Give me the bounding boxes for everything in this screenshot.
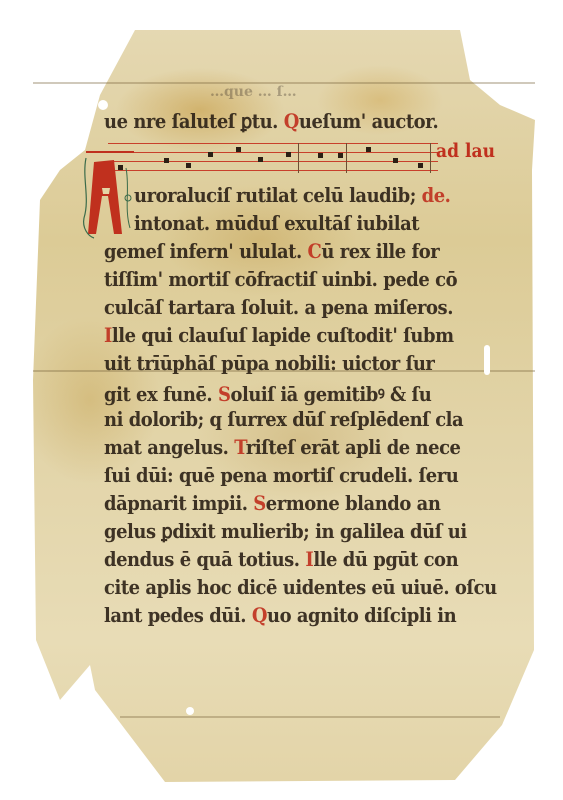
text-line: uroraluciſ rutilat celū laudib; de. [134,184,450,212]
staff-rubric: ad lau [436,140,495,162]
wormhole [186,707,194,715]
text-line: git ex funē. Soluiſ iā gemitibꝰ & ſu [104,380,431,408]
text-line: ue nre ſaluteſ ꝑtu. Queſum' auctor. [104,110,438,138]
text-line: lant pedes dūi. Quo agnito diſcipli in [104,604,456,632]
text-line: dāpnarit impii. Sermone blando an [104,492,440,520]
text-line: uit trīūphāſ pūpa nobili: uictor ſur [104,352,434,380]
wormhole [98,100,108,110]
text-line: tiſſim' mortiſ cōfractiſ uinbi. pede cō [104,268,457,296]
text-line: cite aplis hoc dicē uidentes eū uiuē. oſ… [104,576,497,604]
text-line: gemeſ infern' ululat. Cū rex ille for [104,240,439,268]
text-line: dendus ē quā totius. Ille dū pgūt con [104,548,458,576]
music-staff [108,143,438,183]
text-line: gelus ꝑdixit mulierib; in galilea dūſ ui [104,520,467,548]
faded-top-text: …que … ſ… [210,84,297,100]
text-line: ſui dūi: quē pena mortiſ crudeli. ſeru [104,464,458,492]
fold-crease [120,716,500,718]
decorated-initial-a [80,148,136,240]
manuscript-leaf-photo: …que … ſ… ad lau ue nre ſaluteſ ꝑtu. Que… [0,0,563,800]
text-line: culcāſ tartara ſoluit. a pena miſeros. [104,296,453,324]
text-line: ni dolorib; q ſurrex dūſ reſplēdenſ cla [104,408,463,436]
text-line: mat angelus. Triſteſ erāt apli de nece [104,436,461,464]
text-line: intonat. mūduſ exultāſ iubilat [134,212,419,240]
tear [484,345,490,375]
text-line: Ille qui clauſuſ lapide cuſtodit' ſubm [104,324,454,352]
